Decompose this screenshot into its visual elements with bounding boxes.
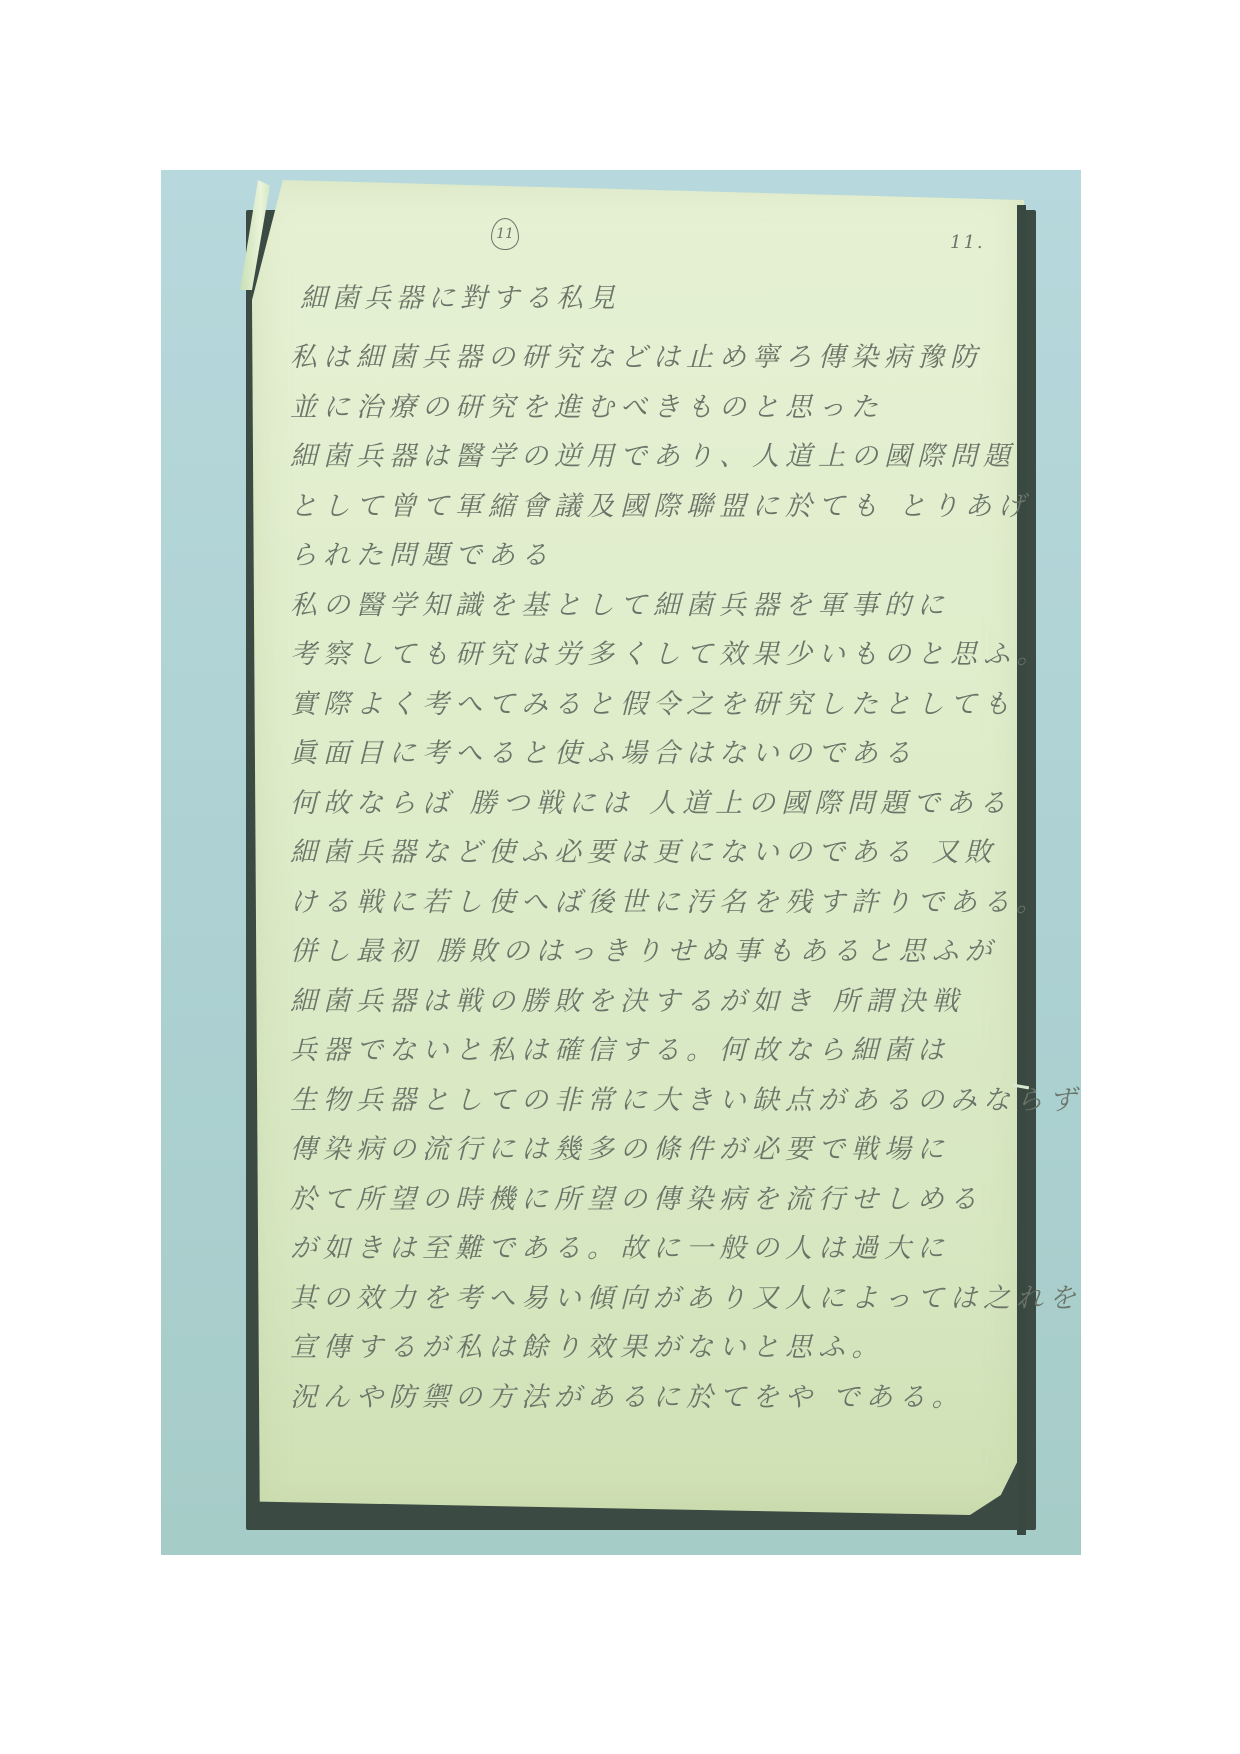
text-line: 何故ならば 勝つ戦には 人道上の國際問題である <box>290 784 1010 834</box>
text-line: 生物兵器としての非常に大きい缺点があるのみならず <box>290 1081 1010 1131</box>
text-line: ける戦に若し使へば後世に汚名を残す許りである。 <box>290 883 1010 933</box>
text-line: 其の效力を考へ易い傾向があり又人によっては之れを <box>290 1279 1010 1329</box>
text-line: 私の醫学知識を基として細菌兵器を軍事的に <box>290 586 1010 636</box>
text-line: 私は細菌兵器の研究などは止め寧ろ傳染病豫防 <box>290 338 1010 388</box>
text-line: 宣傳するが私は餘り效果がないと思ふ。 <box>290 1328 1010 1378</box>
circled-page-marker: 11 <box>491 218 519 250</box>
text-line: 並に治療の研究を進むべきものと思った <box>290 388 1010 438</box>
handwritten-body: 私は細菌兵器の研究などは止め寧ろ傳染病豫防 並に治療の研究を進むべきものと思った… <box>290 338 1010 1427</box>
page-number: 11. <box>950 232 985 253</box>
text-line: 考察しても研究は労多くして效果少いものと思ふ。 <box>290 635 1010 685</box>
text-line: 眞面目に考へると使ふ場合はないのである <box>290 734 1010 784</box>
text-line: 細菌兵器は戦の勝敗を決するが如き 所謂決戦 <box>290 982 1010 1032</box>
text-line: が如きは至難である。故に一般の人は過大に <box>290 1229 1010 1279</box>
text-line: 實際よく考へてみると假令之を研究したとしても <box>290 685 1010 735</box>
text-line: 況んや防禦の方法があるに於てをや である。 <box>290 1378 1010 1428</box>
text-line: られた問題である <box>290 536 1010 586</box>
text-line: 傳染病の流行には幾多の條件が必要で戦場に <box>290 1130 1010 1180</box>
document-title: 細菌兵器に對する私見 <box>300 276 620 315</box>
circled-page-marker-text: 11 <box>496 226 514 242</box>
text-line: 細菌兵器など使ふ必要は更にないのである 又敗 <box>290 833 1010 883</box>
text-line: 兵器でないと私は確信する。何故なら細菌は <box>290 1031 1010 1081</box>
text-line: として曾て軍縮會議及國際聯盟に於ても とりあげ <box>290 487 1010 537</box>
paper-right-edge <box>1017 205 1026 1535</box>
text-line: 併し最初 勝敗のはっきりせぬ事もあると思ふが <box>290 932 1010 982</box>
text-line: 細菌兵器は醫学の逆用であり、人道上の國際問題 <box>290 437 1010 487</box>
text-line: 於て所望の時機に所望の傳染病を流行せしめる <box>290 1180 1010 1230</box>
